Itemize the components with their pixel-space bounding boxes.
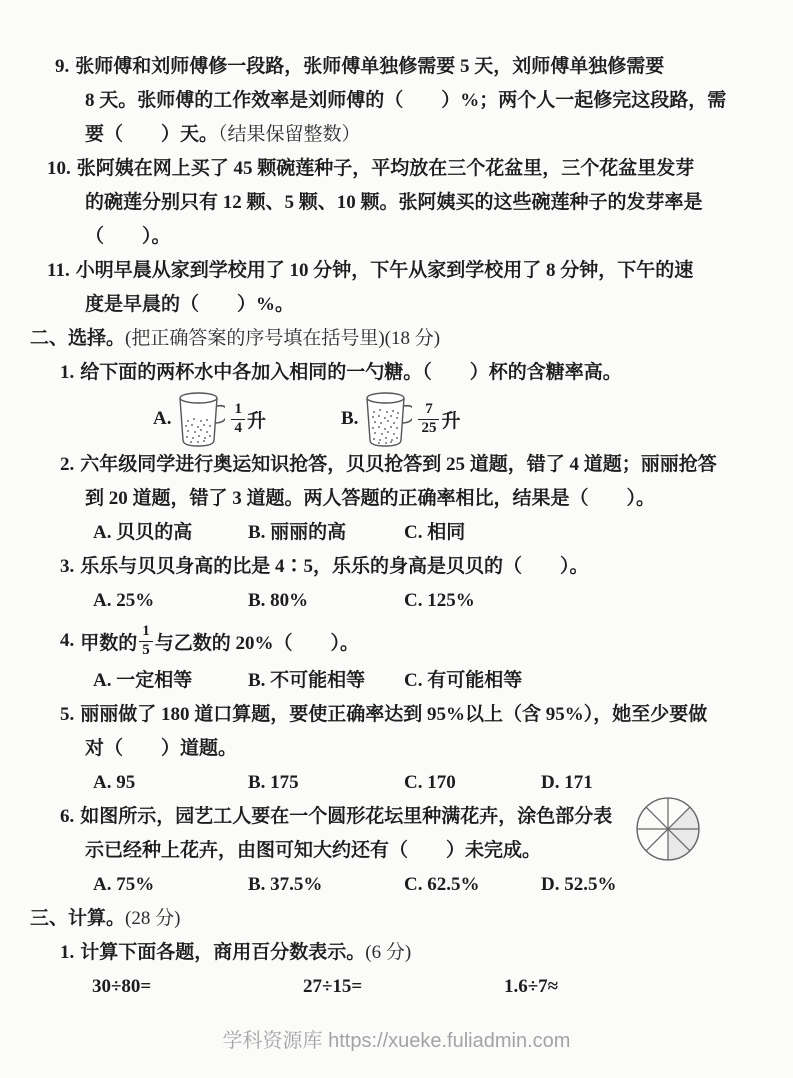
question-text: 张阿姨在网上买了 45 颗碗莲种子，平均放在三个花盆里，三个花盆里发芽 <box>77 158 695 179</box>
question-11-line-1: 11.小明早晨从家到学校用了 10 分钟，下午从家到学校用了 8 分钟，下午的速 <box>47 254 793 288</box>
choice-question-2: 2.六年级同学进行奥运知识抢答，贝贝抢答到 25 道题，错了 4 道题；丽丽抢答… <box>60 448 793 550</box>
question-text: 如图所示，园艺工人要在一个圆形花坛里种满花卉，涂色部分表 <box>80 806 612 827</box>
question-text: 计算下面各题，商用百分数表示。 <box>80 942 365 963</box>
calc-question-1: 1.计算下面各题，商用百分数表示。(6 分) <box>60 936 793 970</box>
option-a: A. 75% <box>93 868 248 902</box>
worksheet-page: 9.张师傅和刘师傅修一段路，张师傅单独修需要 5 天，刘师傅单独修需要 8 天。… <box>0 0 793 1078</box>
choice-2-line-1: 2.六年级同学进行奥运知识抢答，贝贝抢答到 25 道题，错了 4 道题；丽丽抢答 <box>60 448 793 482</box>
option-c: C. 有可能相等 <box>404 664 541 698</box>
choice-question-4: 4.甲数的15与乙数的 20%（ ）。 A. 一定相等 B. 不可能相等 C. … <box>60 618 793 698</box>
choice-question-1: 1.给下面的两杯水中各加入相同的一勺糖。（ ）杯的含糖率高。 A. <box>60 356 793 448</box>
question-text: 给下面的两杯水中各加入相同的一勺糖。（ ）杯的含糖率高。 <box>80 362 622 383</box>
section-3-heading: 三、计算。(28 分) <box>30 902 793 936</box>
choice-3-text: 3.乐乐与贝贝身高的比是 4∶5，乐乐的身高是贝贝的（ ）。 <box>60 550 793 584</box>
question-number: 3. <box>60 556 74 577</box>
option-b: B. 80% <box>248 584 404 618</box>
cup-option-a: A. 14 升 <box>153 390 341 448</box>
choice-4-text: 4.甲数的15与乙数的 20%（ ）。 <box>60 618 793 664</box>
option-a: A. 25% <box>93 584 248 618</box>
expression-3: 1.6÷7≈ <box>504 970 558 1004</box>
question-number: 1. <box>60 362 74 383</box>
option-a: A. 贝贝的高 <box>93 516 248 550</box>
choice-5-line-1: 5.丽丽做了 180 道口算题，要使正确率达到 95%以上（含 95%），她至少… <box>60 698 793 732</box>
choice-6-line-2: 示已经种上花卉，由图可知大约还有（ ）未完成。 <box>60 834 660 868</box>
option-b: B. 175 <box>248 766 404 800</box>
choice-2-line-2: 到 20 道题，错了 3 道题。两人答题的正确率相比，结果是（ ）。 <box>60 482 793 516</box>
question-number: 6. <box>60 806 74 827</box>
question-text: 六年级同学进行奥运知识抢答，贝贝抢答到 25 道题，错了 4 道题；丽丽抢答 <box>80 454 717 475</box>
choice-6-line-1: 6.如图所示，园艺工人要在一个圆形花坛里种满花卉，涂色部分表 <box>60 800 635 834</box>
choice-3-options: A. 25% B. 80% C. 125% <box>60 584 793 618</box>
question-number: 10. <box>47 158 71 179</box>
mug-icon <box>360 390 412 448</box>
question-number: 4. <box>60 630 74 652</box>
choice-question-3: 3.乐乐与贝贝身高的比是 4∶5，乐乐的身高是贝贝的（ ）。 A. 25% B.… <box>60 550 793 618</box>
fraction: 15 <box>139 623 153 659</box>
choice-question-5: 5.丽丽做了 180 道口算题，要使正确率达到 95%以上（含 95%），她至少… <box>60 698 793 800</box>
option-a: A. 95 <box>93 766 248 800</box>
footer-watermark: 学科资源库 https://xueke.fuliadmin.com <box>0 1024 793 1053</box>
fraction: 14 <box>231 401 245 437</box>
question-note: (6 分) <box>365 942 411 963</box>
choice-5-line-2: 对（ ）道题。 <box>60 732 793 766</box>
question-text: 与乙数的 20%（ ）。 <box>155 628 359 655</box>
choice-1-text: 1.给下面的两杯水中各加入相同的一勺糖。（ ）杯的含糖率高。 <box>60 356 793 390</box>
question-11: 11.小明早晨从家到学校用了 10 分钟，下午从家到学校用了 8 分钟，下午的速… <box>47 254 793 322</box>
question-number: 9. <box>55 56 69 77</box>
question-number: 2. <box>60 454 74 475</box>
option-b: B. 37.5% <box>248 868 404 902</box>
unit-label: 升 <box>441 406 460 433</box>
question-text: 张师傅和刘师傅修一段路，张师傅单独修需要 5 天，刘师傅单独修需要 <box>75 56 664 77</box>
section-note: (28 分) <box>125 908 180 929</box>
choice-1-figures: A. 14 升 <box>153 390 793 448</box>
question-10-line-3: （ ）。 <box>47 220 793 254</box>
option-c: C. 170 <box>404 766 541 800</box>
choice-4-options: A. 一定相等 B. 不可能相等 C. 有可能相等 <box>60 664 793 698</box>
question-text: 小明早晨从家到学校用了 10 分钟，下午从家到学校用了 8 分钟，下午的速 <box>76 260 694 281</box>
question-11-line-2: 度是早晨的（ ）%。 <box>47 288 793 322</box>
numerator: 1 <box>231 401 245 419</box>
question-text: 要（ ）天。 <box>85 124 218 145</box>
option-c: C. 62.5% <box>404 868 541 902</box>
numerator: 1 <box>139 623 153 641</box>
cup-option-b: B. <box>341 390 460 448</box>
calculation-section: 1.计算下面各题，商用百分数表示。(6 分) 30÷80= 27÷15= 1.6… <box>0 936 793 1004</box>
choice-6-options: A. 75% B. 37.5% C. 62.5% D. 52.5% <box>60 868 793 902</box>
fill-in-section: 9.张师傅和刘师傅修一段路，张师傅单独修需要 5 天，刘师傅单独修需要 8 天。… <box>0 50 793 322</box>
section-2-heading: 二、选择。(把正确答案的序号填在括号里)(18 分) <box>30 322 793 356</box>
section-title: 三、计算。 <box>30 908 125 929</box>
option-c: C. 相同 <box>404 516 541 550</box>
question-text: 丽丽做了 180 道口算题，要使正确率达到 95%以上（含 95%），她至少要做 <box>80 704 707 725</box>
option-d: D. 52.5% <box>541 868 681 902</box>
question-10-line-1: 10.张阿姨在网上买了 45 颗碗莲种子，平均放在三个花盆里，三个花盆里发芽 <box>47 152 793 186</box>
question-10: 10.张阿姨在网上买了 45 颗碗莲种子，平均放在三个花盆里，三个花盆里发芽 的… <box>47 152 793 254</box>
expression-1: 30÷80= <box>92 970 303 1004</box>
question-9-line-3: 要（ ）天。（结果保留整数） <box>47 118 793 152</box>
option-label: B. <box>341 408 358 430</box>
denominator: 4 <box>231 420 245 437</box>
question-number: 1. <box>60 942 74 963</box>
calc-1-text: 1.计算下面各题，商用百分数表示。(6 分) <box>60 936 793 970</box>
denominator: 25 <box>418 420 439 437</box>
question-number: 11. <box>47 260 70 281</box>
option-a: A. 一定相等 <box>93 664 248 698</box>
option-d: D. 171 <box>541 766 681 800</box>
choice-2-options: A. 贝贝的高 B. 丽丽的高 C. 相同 <box>60 516 793 550</box>
question-text: 甲数的 <box>80 628 137 655</box>
question-note: （结果保留整数） <box>218 124 361 145</box>
unit-label: 升 <box>247 406 266 433</box>
expression-2: 27÷15= <box>303 970 504 1004</box>
option-label: A. <box>153 408 171 430</box>
section-title: 二、选择。 <box>30 328 125 349</box>
fraction: 725 <box>418 401 439 437</box>
question-number: 5. <box>60 704 74 725</box>
choice-section: 1.给下面的两杯水中各加入相同的一勺糖。（ ）杯的含糖率高。 A. <box>0 356 793 902</box>
option-c: C. 125% <box>404 584 541 618</box>
question-text: 乐乐与贝贝身高的比是 4∶5，乐乐的身高是贝贝的（ ）。 <box>80 556 588 577</box>
denominator: 5 <box>139 642 153 659</box>
section-note: (把正确答案的序号填在括号里)(18 分) <box>125 328 440 349</box>
pie-figure <box>635 796 701 862</box>
question-10-line-2: 的碗莲分别只有 12 颗、5 颗、10 颗。张阿姨买的这些碗莲种子的发芽率是 <box>47 186 793 220</box>
numerator: 7 <box>418 401 439 419</box>
choice-5-options: A. 95 B. 175 C. 170 D. 171 <box>60 766 793 800</box>
question-9-line-1: 9.张师傅和刘师傅修一段路，张师傅单独修需要 5 天，刘师傅单独修需要 <box>47 50 793 84</box>
question-9: 9.张师傅和刘师傅修一段路，张师傅单独修需要 5 天，刘师傅单独修需要 8 天。… <box>47 50 793 152</box>
question-9-line-2: 8 天。张师傅的工作效率是刘师傅的（ ）%；两个人一起修完这段路，需 <box>47 84 793 118</box>
option-b: B. 不可能相等 <box>248 664 404 698</box>
choice-question-6: 6.如图所示，园艺工人要在一个圆形花坛里种满花卉，涂色部分表 示已经种上花卉，由… <box>60 800 793 902</box>
calc-expressions: 30÷80= 27÷15= 1.6÷7≈ <box>92 970 793 1004</box>
mug-icon <box>173 390 225 448</box>
option-b: B. 丽丽的高 <box>248 516 404 550</box>
